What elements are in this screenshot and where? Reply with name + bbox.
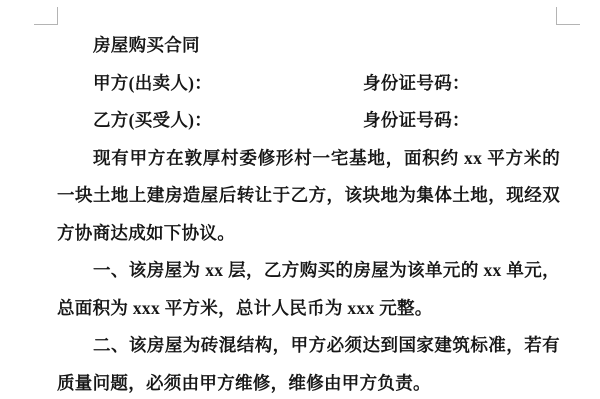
margin-mark-top-left-icon — [34, 7, 58, 25]
document-body: 房屋购买合同 甲方(出卖人)： 身份证号码： 乙方(买受人)： 身份证号码： 现… — [57, 27, 560, 399]
document-page[interactable]: 房屋购买合同 甲方(出卖人)： 身份证号码： 乙方(买受人)： 身份证号码： 现… — [0, 0, 600, 399]
document-title: 房屋购买合同 — [57, 27, 560, 65]
party-a-label: 甲方(出卖人)： — [93, 73, 212, 93]
clause-2-paragraph: 二、该房屋为砖混结构，甲方必须达到国家建筑标准，若有质量问题，必须由甲方维修，维… — [57, 327, 560, 399]
party-b-row: 乙方(买受人)： 身份证号码： — [57, 102, 560, 140]
party-a-id-label: 身份证号码： — [327, 65, 470, 103]
preamble-paragraph: 现有甲方在敦厚村委修形村一宅基地，面积约 xx 平方米的一块土地上建房造屋后转让… — [57, 140, 560, 253]
margin-mark-top-right-icon — [556, 7, 580, 25]
clause-1-paragraph: 一、该房屋为 xx 层，乙方购买的房屋为该单元的 xx 单元，总面积为 xxx … — [57, 252, 560, 327]
party-b-id-label: 身份证号码： — [327, 102, 470, 140]
party-a-row: 甲方(出卖人)： 身份证号码： — [57, 65, 560, 103]
party-b-label: 乙方(买受人)： — [93, 110, 212, 130]
